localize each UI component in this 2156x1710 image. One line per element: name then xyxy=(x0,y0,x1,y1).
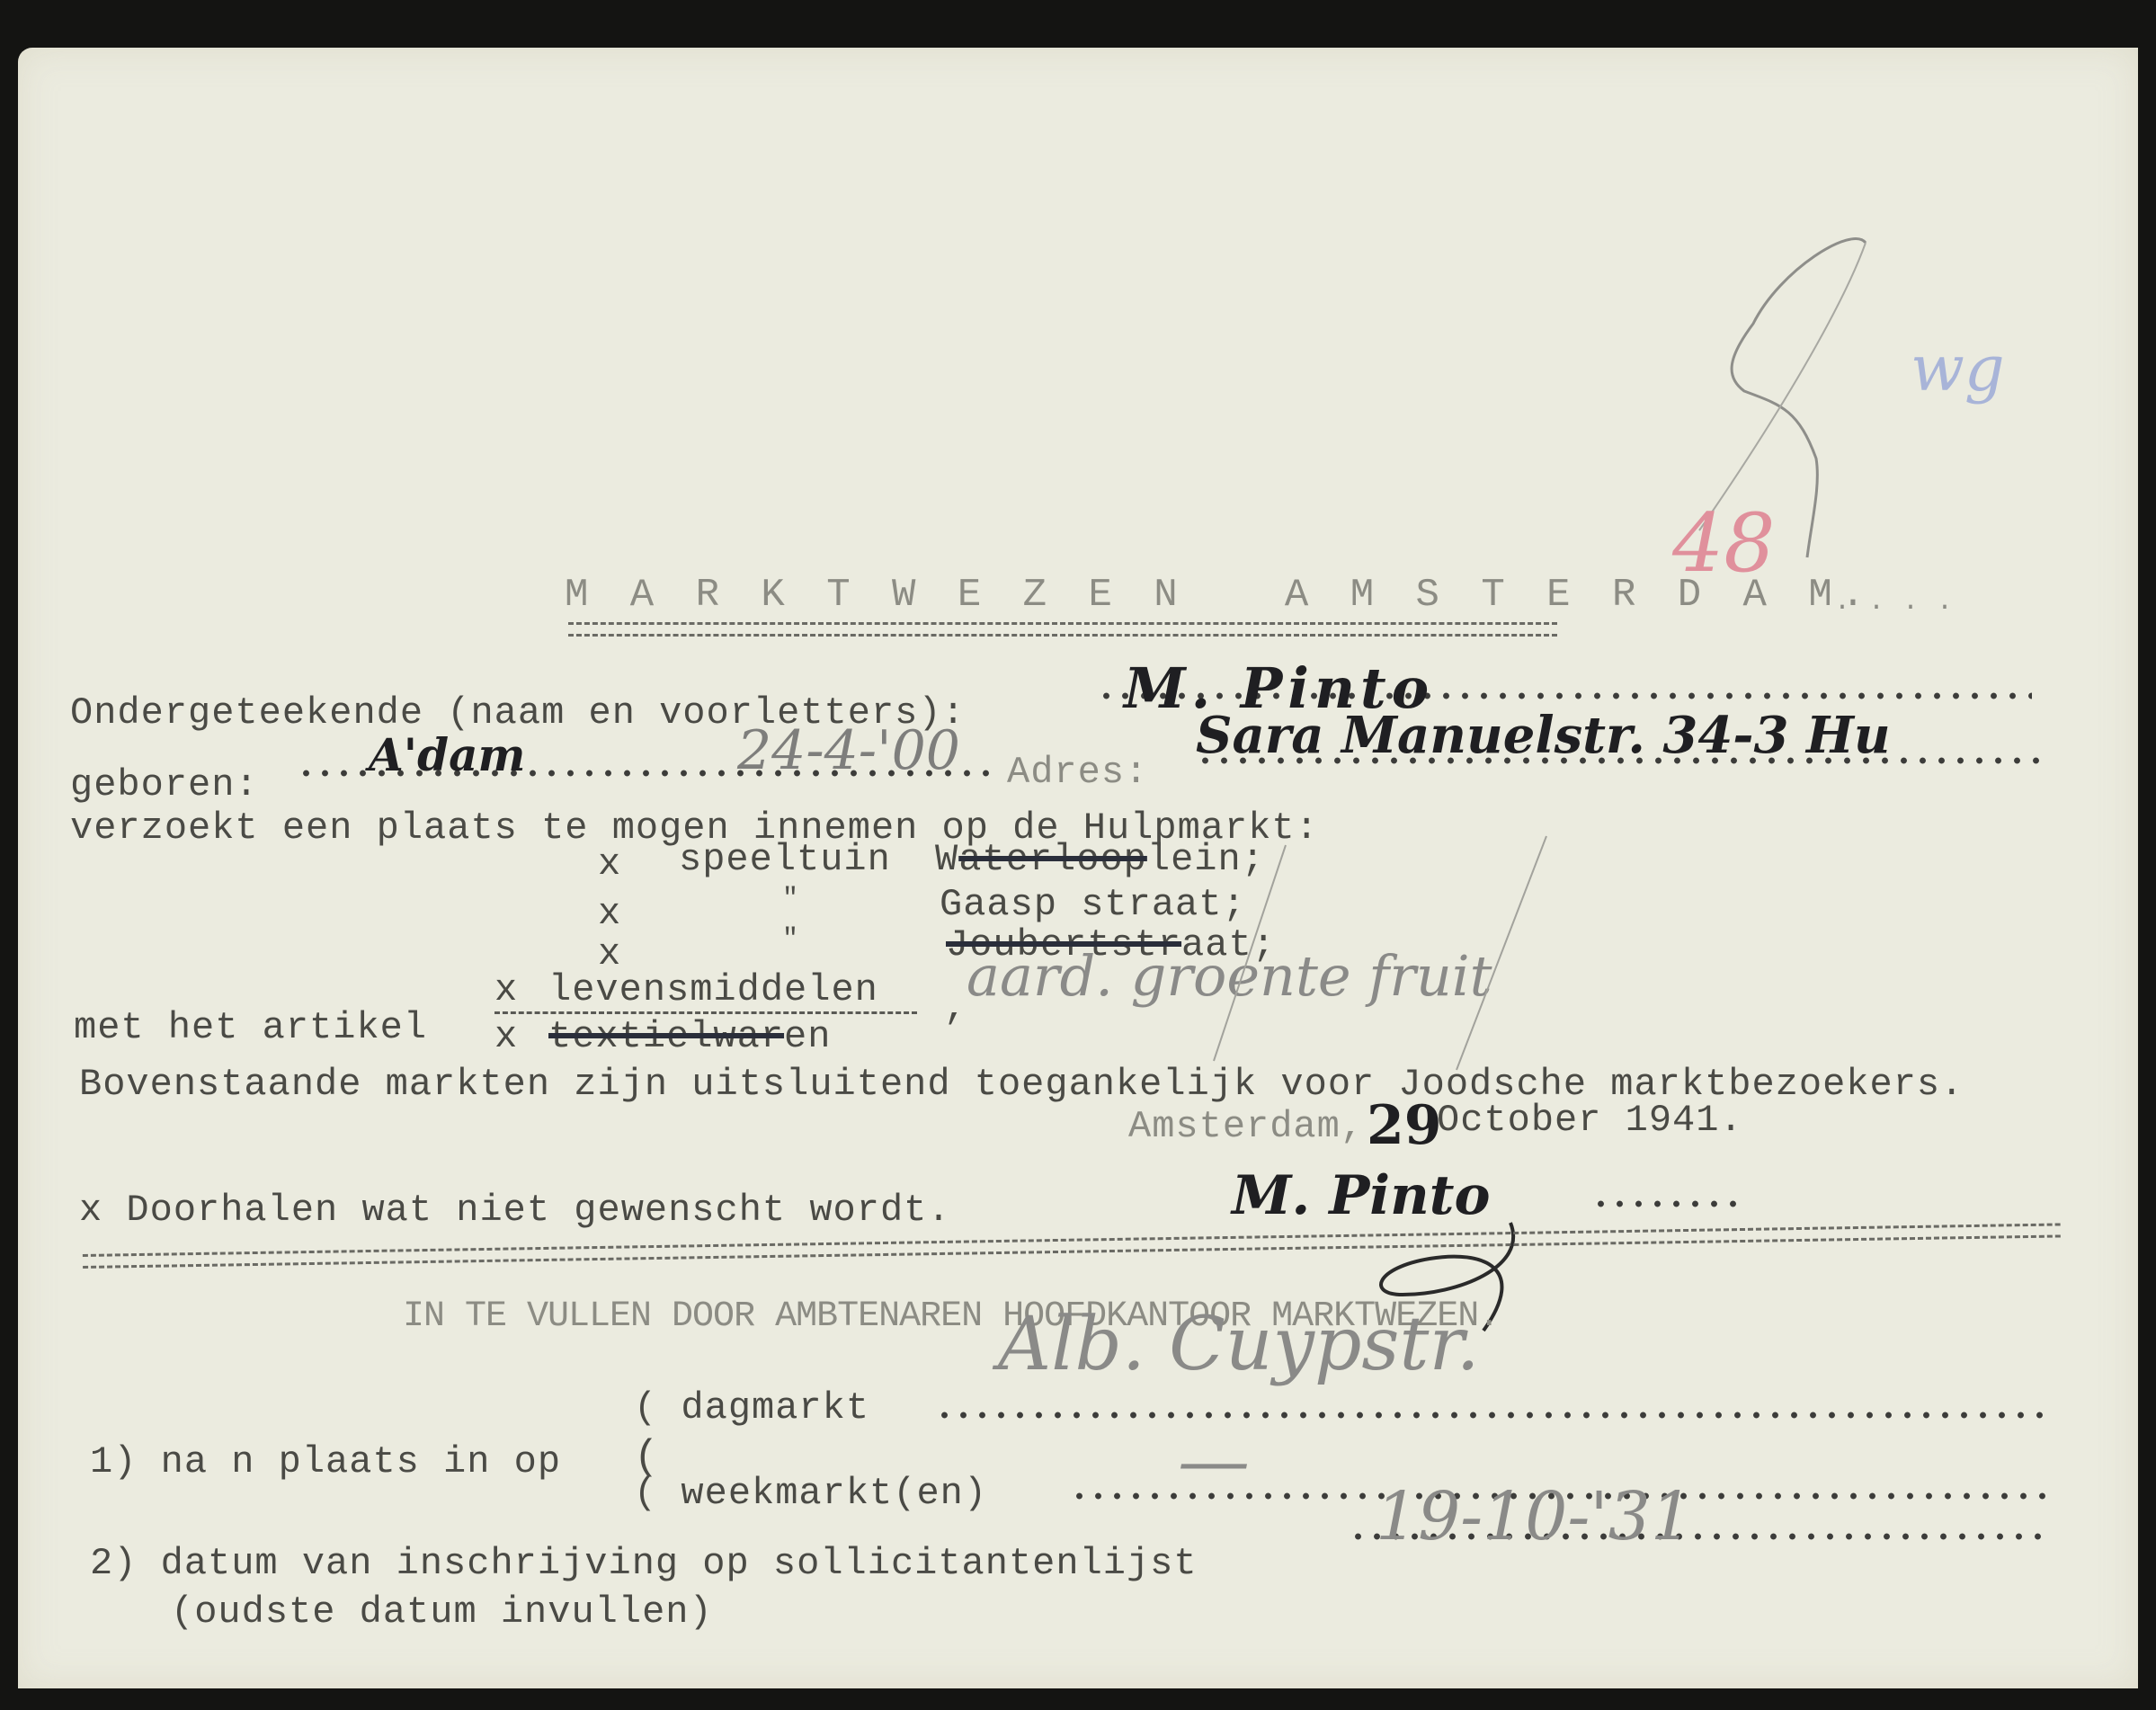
market-option-3-mark: x xyxy=(598,935,621,973)
article-divider xyxy=(494,1011,917,1014)
born-date-value: 24-4-'00 xyxy=(737,724,960,778)
article-label: met het artikel xyxy=(74,1009,427,1046)
market-option-2-name: Gaasp straat; xyxy=(940,886,1246,923)
q1-option-weekmarkt: ( weekmarkt(en) xyxy=(634,1474,987,1512)
born-label: geboren: xyxy=(70,766,259,804)
address-value: Sara Manuelstr. 34-3 Hu xyxy=(1196,710,1891,761)
market-option-1-mark: x xyxy=(598,845,621,883)
notice-text: Bovenstaande markten zijn uitsluitend to… xyxy=(79,1065,1964,1103)
address-label: Adres: xyxy=(1007,753,1148,791)
dagmarkt-dotted-line xyxy=(935,1412,2050,1419)
title-dots: . . . . xyxy=(1834,589,1954,616)
market-option-1-struck: aterloop xyxy=(958,838,1147,881)
market-option-2-mark: x xyxy=(598,895,621,932)
article-2-mark: x xyxy=(494,1018,518,1055)
q1-option-dagmarkt: ( dagmarkt xyxy=(634,1389,869,1427)
strike-instruction: x Doorhalen wat niet gewenscht wordt. xyxy=(79,1191,951,1229)
article-2-struck: textielwar xyxy=(548,1015,784,1058)
article-1-label: levensmiddelen xyxy=(548,971,878,1009)
article-comma: , xyxy=(944,989,967,1027)
q2-sublabel: (oudste datum invullen) xyxy=(171,1593,713,1631)
article-1-mark: x xyxy=(494,971,518,1009)
q2-label: 2) datum van inschrijving op sollicitant… xyxy=(90,1545,1198,1582)
market-option-2-prefix: " xyxy=(782,886,799,913)
date-day: 29 xyxy=(1367,1099,1442,1153)
blue-pencil-note: wg xyxy=(1911,337,2005,400)
market-option-1-keep-prefix: W xyxy=(935,838,958,881)
article-2-label: textielwaren xyxy=(548,1018,831,1055)
born-place-value: A'dam xyxy=(369,733,525,778)
page-title: M A R K T W E Z E N A M S T E R D A M. xyxy=(565,575,1874,615)
q1-label: 1) na n plaats in op xyxy=(90,1443,561,1481)
market-option-1-prefix: speeltuin xyxy=(679,841,891,878)
dagmarkt-value: Alb. Cuypstr. xyxy=(998,1308,1480,1382)
pencil-stroke-long xyxy=(1205,836,1564,1070)
title-double-underline xyxy=(568,622,1557,637)
signature-dotted-line xyxy=(1591,1200,1744,1207)
weekmarkt-value: — xyxy=(1178,1425,1250,1497)
place-label: Amsterdam, xyxy=(1128,1108,1364,1145)
date-rest: October 1941. xyxy=(1437,1101,1743,1139)
market-option-3-prefix: " xyxy=(782,926,799,953)
article-2-keep-suffix: en xyxy=(784,1015,831,1058)
q2-value: 19-10-'31 xyxy=(1376,1483,1693,1550)
